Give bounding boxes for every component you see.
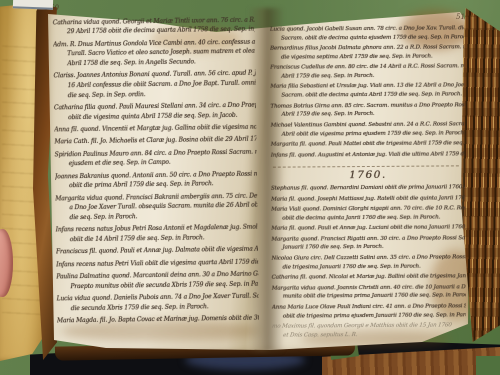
left-page-text: Catharina vidua quond. Georgii et Mariæ …	[53, 13, 260, 348]
manuscript-line: munita obiit die trigesima prima Januari…	[272, 292, 466, 302]
manuscript-line: die seq. Sep. in Sep. ordin.	[54, 88, 256, 100]
manuscript-line: Maria fil. quond. Pauli et Annæ jug. Luc…	[271, 224, 465, 234]
manuscript-line: die seq. Sep. in Paroch.	[55, 210, 257, 222]
divider-rule	[273, 162, 459, 168]
manuscript-line: Catharina fil. quond. Nicolai et Mariæ j…	[272, 272, 466, 282]
manuscript-line: Nicolaa Giura circ. Dell Cazzetti Salini…	[271, 253, 465, 263]
bookmark-slip	[13, 0, 53, 10]
manuscript-line: Stephanus fil. quond. Bernardini Damiani…	[271, 183, 465, 193]
manuscript-line: Abril 1759 die seq. Sep. in Paroch.	[270, 71, 464, 81]
manuscript-line: Bernardinus filius Jacobi Dalmata ghnora…	[270, 43, 464, 53]
manuscript-line: Margarita fil. quond. Pauli Mattei obiit…	[271, 139, 465, 149]
year-heading: 1760.	[271, 169, 465, 183]
right-page-text: Lucia quond. Jacobi Gabelli Susan ann. 7…	[270, 22, 466, 347]
manuscript-line: die vigesima septima Abril 1759 die seq.…	[270, 52, 464, 62]
manuscript-line: obiit die prima Abril 1759 die seq. Sep.…	[55, 179, 257, 191]
manuscript-line: Sacram. obiit die decima quinta Abril 17…	[270, 90, 464, 100]
manuscript-line: Abril 1759 die seq. Sep. in Paroch.	[270, 110, 464, 120]
manuscript-line: Franciscus fil. quond. Pauli et Annæ jug…	[56, 245, 258, 257]
manuscript-line: Infans recens natus Petri Viali obiit di…	[56, 257, 258, 269]
green-cloth-corner	[476, 356, 500, 375]
manuscript-line: obiit die 14 Abril 1759 die seq. Sep. in…	[56, 232, 258, 244]
manuscript-line: Januarii 1760 die seq. Sep. in Paroch.	[271, 243, 465, 253]
photo-open-manuscript-register: 50 51 Catharina vidua quond. Georgii et …	[0, 0, 500, 375]
manuscript-line: Maria fil. quond. Josephi Mattiassi jug.…	[271, 194, 465, 204]
manuscript-line: Infans fil. quond. Augustini et Antoniæ …	[271, 150, 465, 160]
manuscript-line: Maria Cath. fil. Jo. Michaelis et Claræ …	[54, 135, 256, 147]
manuscript-line: Anna fil. quond. Vincentii et Margtæ jug…	[54, 123, 256, 135]
manuscript-line: Abril 1758 die seq. Sep. in Angelis Secu…	[53, 57, 255, 69]
right-folio-number: 51	[456, 13, 465, 21]
manuscript-line: Sacram. obiit die decima quinta ejusdem …	[270, 33, 464, 43]
manuscript-line: die trigesima Januarii 1760 die seq. Sep…	[272, 262, 466, 272]
manuscript-line: obiit die decima quinta Janrii 1760 die …	[271, 213, 465, 223]
manuscript-line: et Dnis Casp. sepultus L. R.	[272, 330, 467, 340]
manuscript-line: obiit die trigesima prima ejusdem Januar…	[272, 311, 466, 321]
manuscript-line: ejusdem et die seq. Sep. in Campo.	[55, 157, 257, 169]
manuscript-line: Praepto munitus obiit die secunda Xbris …	[56, 279, 258, 291]
manuscript-line: 29 Abril 1758 obiit die decima quarta Ab…	[53, 25, 255, 37]
manuscript-line: obiit die vigesima quinta Abril 1758 die…	[54, 110, 256, 122]
manuscript-line: die secunda Xbris 1759 die seq. Sep. in …	[57, 301, 259, 313]
manuscript-line: Abril obiit die vigesima prima ejusdem 1…	[271, 129, 465, 139]
manuscript-line: Maria Magda. fil. Jo. Bapta Covac et Mar…	[57, 314, 259, 326]
